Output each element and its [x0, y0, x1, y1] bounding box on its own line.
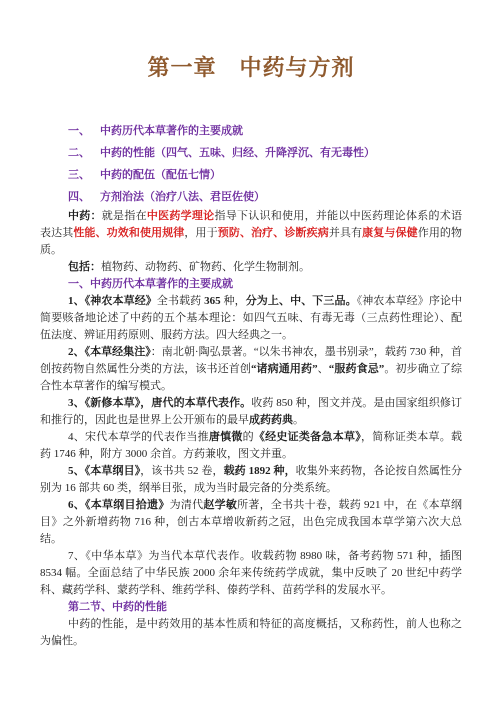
text-run: 的: [243, 431, 254, 443]
text-run: 为清代: [170, 499, 204, 511]
text-run: “服药食忌”: [329, 363, 385, 375]
text-run: 唐慎微: [209, 431, 243, 443]
section-heading: 一、中药历代本草著作的主要成就: [40, 276, 462, 293]
text-run: 植物药、动物药、矿物药、化学生物制剂。: [101, 261, 310, 273]
text-run: 预防、治疗、诊断疾病: [218, 227, 329, 239]
paragraph: 3、《新修本草》，唐代的本草代表作。收药 850 种，图文并茂。是由国家组织修订…: [40, 395, 462, 429]
text-run: 就是指在: [102, 210, 147, 222]
paragraph: 6、《本草纲目拾遗》为清代赵学敏所著，全书共十卷，载药 921 中，在《本草纲目…: [40, 497, 462, 548]
toc-item-label: 中药的性能（四气、五味、归经、升降浮沉、有无毒性）: [100, 147, 375, 159]
text-run: 种，: [224, 295, 246, 307]
text-run: 《新修本草》，唐代的本草代表作。: [85, 397, 252, 409]
text-run: 《神农本草经》: [85, 295, 157, 307]
toc-item-number: 四、: [68, 186, 90, 208]
text-run: 6、: [68, 499, 85, 511]
text-run: 1、: [68, 295, 85, 307]
text-run: 性能、功效和使用规律: [73, 227, 184, 239]
text-run: 2、: [68, 346, 85, 358]
text-run: 分为上、中、下三品。: [246, 295, 357, 307]
text-run: 、: [318, 363, 329, 375]
paragraph: 5、《本草纲目》，该书共 52 卷，载药 1892 种，收集外来药物，各论按自然…: [40, 463, 462, 497]
toc-item-number: 一、: [68, 120, 90, 142]
toc-item-label: 中药的配伍（配伍七情）: [100, 169, 221, 181]
paragraph: 包括：植物药、动物药、矿物药、化学生物制剂。: [40, 259, 462, 276]
text-run: ，该书共 52 卷，: [140, 465, 223, 477]
text-run: 并具有: [329, 227, 362, 239]
document-page: 第一章 中药与方剂 一、中药历代本草著作的主要成就二、中药的性能（四气、五味、归…: [0, 0, 500, 707]
text-run: 《本草纲目》: [85, 465, 141, 477]
text-run: 365: [204, 295, 223, 307]
text-run: 康复与保健: [362, 227, 418, 239]
text-run: 《本草纲目拾遗》: [85, 499, 170, 511]
toc-item: 三、中药的配伍（配伍七情）: [40, 164, 462, 186]
text-run: 成药药典: [249, 414, 293, 426]
toc-item: 四、方剂治法（治疗八法、君臣佐使）: [40, 186, 462, 208]
paragraph: 1、《神农本草经》全书载药 365 种，分为上、中、下三品。《神农本草经》序论中…: [40, 293, 462, 344]
text-run: “诸病通用药”: [251, 363, 318, 375]
text-run: 《本草经集注》: [85, 346, 151, 358]
text-run: 5、: [68, 465, 85, 477]
toc-item: 一、中药历代本草著作的主要成就: [40, 120, 462, 142]
document-body: 一、中药历代本草著作的主要成就二、中药的性能（四气、五味、归经、升降浮沉、有无毒…: [40, 120, 462, 650]
paragraph: 2、《本草经集注》：南北朝·陶弘景著。“以朱书神农，墨书别录”，载药 730 种…: [40, 344, 462, 395]
paragraph: 中药的性能，是中药效用的基本性质和特征的高度概括，又称药性，前人也称之为偏性。: [40, 616, 462, 650]
paragraph: 7、《中华本草》为当代本草代表作。收载药物 8980 味，备考药物 571 种，…: [40, 548, 462, 599]
text-run: 《经史证类备急本草》: [254, 431, 361, 443]
text-run: 中医药学理论: [147, 210, 215, 222]
text-run: 4、宋代本草学的代表作当推: [68, 431, 209, 443]
text-run: 3、: [68, 397, 85, 409]
toc-item-number: 三、: [68, 164, 90, 186]
section-heading: 第二节、中药的性能: [40, 599, 462, 616]
text-run: 包括：: [68, 261, 101, 273]
paragraph: 中药：就是指在中医药学理论指导下认识和使用，并能以中医药理论体系的术语表达其性能…: [40, 208, 462, 259]
text-run: 载药 1892 种，: [224, 465, 296, 477]
toc-item: 二、中药的性能（四气、五味、归经、升降浮沉、有无毒性）: [40, 142, 462, 164]
text-run: 全书载药: [157, 295, 204, 307]
text-run: 中药的性能，是中药效用的基本性质和特征的高度概括，又称药性，前人也称之为偏性。: [40, 618, 462, 647]
toc-item-number: 二、: [68, 142, 90, 164]
text-run: 7、《中华本草》为当代本草代表作。收载药物 8980 味，备考药物 571 种，…: [40, 550, 462, 596]
chapter-title: 第一章 中药与方剂: [40, 52, 462, 84]
text-run: 赵学敏: [203, 499, 237, 511]
text-run: 中药：: [68, 210, 102, 222]
text-run: ，用于: [184, 227, 217, 239]
text-run: 。: [293, 414, 304, 426]
paragraph: 4、宋代本草学的代表作当推唐慎微的《经史证类备急本草》，简称证类本草。载药 17…: [40, 429, 462, 463]
toc-item-label: 中药历代本草著作的主要成就: [100, 125, 243, 137]
toc-item-label: 方剂治法（治疗八法、君臣佐使）: [100, 191, 265, 203]
